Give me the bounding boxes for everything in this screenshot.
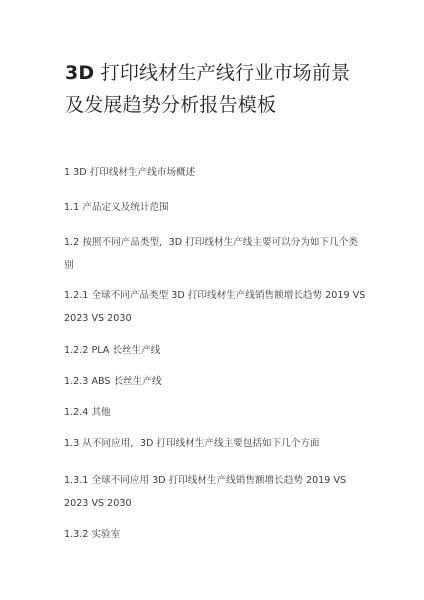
toc-item: 1.2.1 全球不同产品类型 3D 打印线材生产线销售额增长趋势 2019 VS [64,290,364,302]
toc-item: 1.3.2 实验室 [64,529,364,541]
toc-item: 1.2.2 PLA 长丝生产线 [64,345,364,357]
document-title: 3D 打印线材生产线行业市场前景 及发展趋势分析报告模板 [65,57,365,121]
toc-item: 1 3D 打印线材生产线市场概述 [64,167,364,179]
toc-item-continued: 2023 VS 2030 [64,498,364,510]
toc-item-continued: 别 [64,260,364,272]
toc-item: 1.1 产品定义及统计范围 [64,202,364,214]
toc-item: 1.3.1 全球不同应用 3D 打印线材生产线销售额增长趋势 2019 VS [64,475,364,487]
title-line1: 打印线材生产线行业市场前景 [94,62,350,84]
toc-item: 1.2.4 其他 [64,407,364,419]
toc-item: 1.3 从不同应用，3D 打印线材生产线主要包括如下几个方面 [64,438,364,450]
document-page: 3D 打印线材生产线行业市场前景 及发展趋势分析报告模板 1 3D 打印线材生产… [0,0,424,600]
title-line2: 及发展趋势分析报告模板 [65,94,276,116]
toc-item-continued: 2023 VS 2030 [64,313,364,325]
toc-item: 1.2 按照不同产品类型，3D 打印线材生产线主要可以分为如下几个类 [64,237,364,249]
toc-item: 1.2.3 ABS 长丝生产线 [64,376,364,388]
title-lead: 3D [65,62,94,84]
